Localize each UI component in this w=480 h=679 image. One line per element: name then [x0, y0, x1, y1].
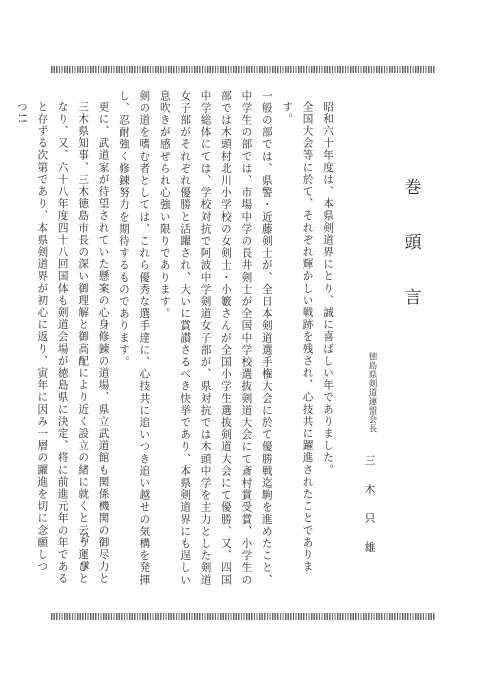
paragraph: 更に、武道家が待望されていた懸案の心身修錬の道場、県立武道館も関係機関の御尽力と…: [12, 90, 114, 590]
title-char: 巻: [405, 180, 422, 197]
closing-char: 掌: [80, 563, 90, 573]
author-name-char: 只: [365, 513, 376, 524]
title-char: 言: [405, 290, 422, 307]
bottom-decorative-rule: [51, 613, 435, 620]
paragraph: 一般の部では、県警・近藤剣士が、全日本剣道選手権大会に於て優勝戦迄駒を進めたこと…: [154, 90, 276, 590]
top-decorative-rule: [51, 66, 435, 73]
author-name: 三 木 只 雄: [360, 455, 380, 553]
page-title: 巻 頭 言: [398, 180, 428, 307]
author-name-char: 三: [365, 455, 376, 466]
paragraph: 剣の道を嗜む者としては、これら優秀な選手達に、心技共に追いつき追い越せの気構を発…: [114, 90, 155, 590]
paragraph: 全国大会等に於て、それぞれ輝かしい戦跡を残され、心技共に躍進されたことであります…: [277, 90, 318, 590]
title-char: 頭: [405, 235, 422, 252]
paragraph: 昭和六十年度は、本県剣道界にとり、誠に喜ばしい年でありました。: [318, 90, 338, 590]
body-text: 昭和六十年度は、本県剣道界にとり、誠に喜ばしい年でありました。 全国大会等に於て…: [83, 90, 338, 590]
closing-char: 合: [80, 535, 90, 545]
author-name-char: 雄: [365, 542, 376, 553]
author-name-char: 木: [365, 484, 376, 495]
author-organization: 徳島県剣道連盟会長: [366, 352, 378, 433]
closing-signature: 合 掌: [76, 535, 94, 573]
